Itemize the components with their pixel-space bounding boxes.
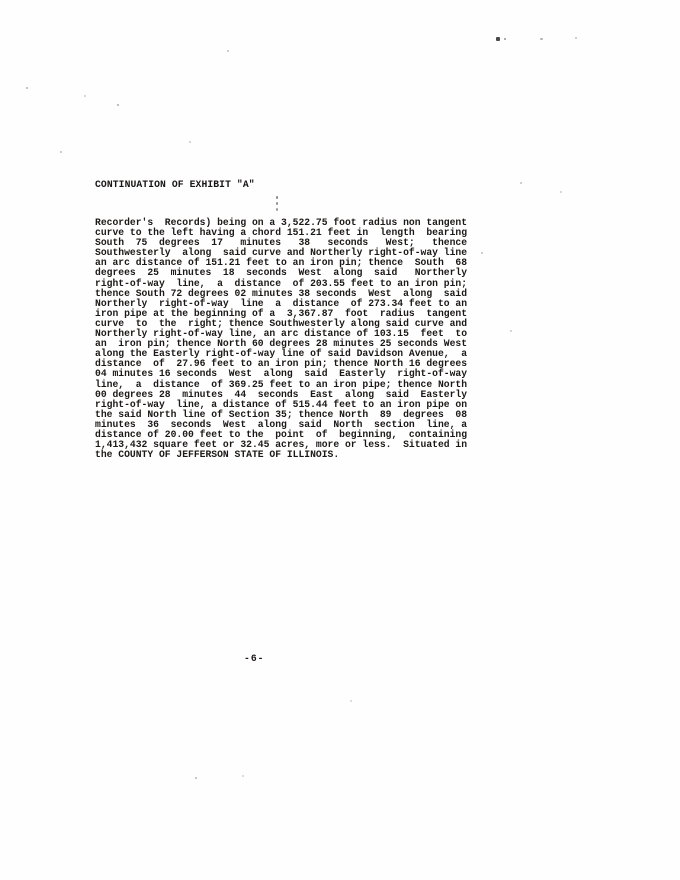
scan-noise-speck [481, 252, 483, 254]
scan-noise-speck [504, 38, 506, 40]
scan-noise-speck [117, 104, 119, 106]
scan-noise-speck [510, 330, 512, 332]
scan-noise-speck [575, 37, 577, 39]
scanned-document-page: CONTINUATION OF EXHIBIT "A" Recorder's R… [0, 0, 680, 880]
scan-noise-speck [520, 182, 522, 184]
scan-noise-speck [195, 777, 197, 779]
scan-noise-speck [84, 95, 86, 97]
scan-noise-speck [189, 141, 191, 143]
scan-noise-speck [242, 775, 244, 777]
scan-noise-speck [560, 191, 562, 193]
exhibit-continuation-heading: CONTINUATION OF EXHIBIT "A" [95, 179, 255, 190]
scan-noise-speck [60, 151, 62, 153]
scan-noise-speck [350, 700, 352, 702]
page-number: -6- [244, 653, 264, 664]
legal-land-description-text: Recorder's Records) being on a 3,522.75 … [95, 218, 467, 460]
scan-noise-speck [276, 196, 278, 199]
scan-noise-speck [276, 202, 278, 205]
scan-noise-speck [496, 37, 500, 41]
scan-noise-speck [540, 38, 543, 40]
scan-noise-speck [26, 87, 28, 89]
scan-noise-speck [227, 50, 229, 52]
scan-noise-speck [276, 208, 278, 211]
